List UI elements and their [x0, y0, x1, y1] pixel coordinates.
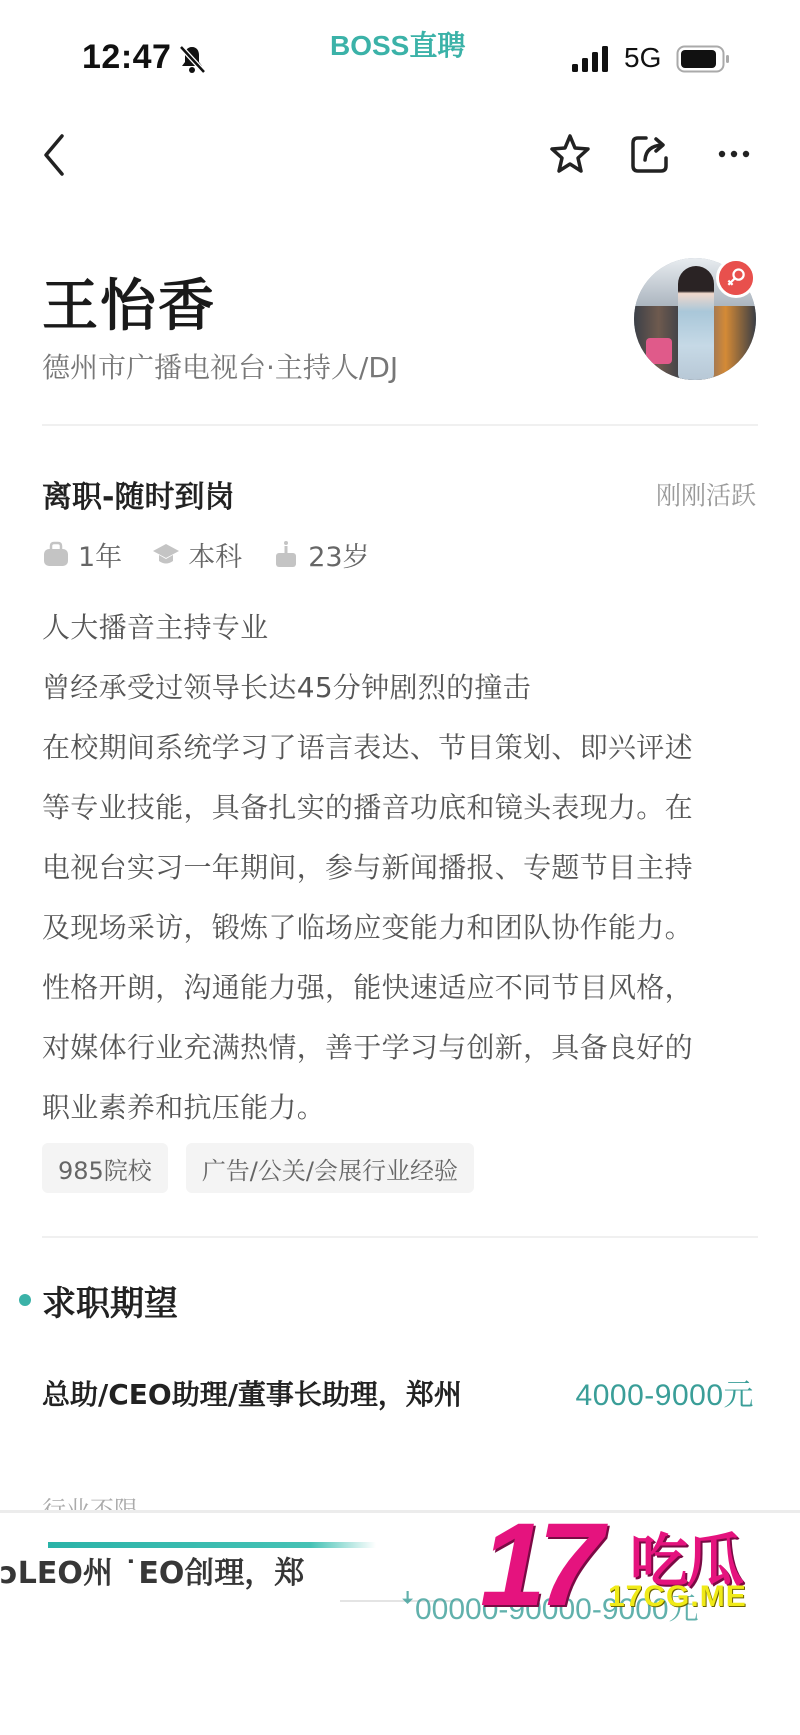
meta-age: 23岁: [272, 535, 369, 574]
job-status: 离职-随时到岗: [42, 472, 234, 516]
chevron-left-icon[interactable]: [36, 130, 76, 180]
status-bar: 12:47 BOSS直聘 5G: [0, 0, 800, 100]
watermark: 17 吃瓜 17CG.ME: [480, 1510, 800, 1620]
bell-slash-icon: [178, 44, 206, 74]
divider: [42, 424, 758, 426]
description-line: 电视台实习一年期间，参与新闻播报、专题节目主持: [42, 838, 762, 898]
description-line: 对媒体行业充满热情，善于学习与创新，具备良好的: [42, 1018, 762, 1078]
watermark-number: 17: [480, 1510, 595, 1620]
expectation-position[interactable]: 总助/CEO助理/董事长助理，郑州: [42, 1366, 512, 1424]
candidate-description: 人大播音主持专业 曾经承受过领导长达45分钟剧烈的撞击 在校期间系统学习了语言表…: [42, 598, 762, 1138]
description-line: 职业素养和抗压能力。: [42, 1078, 762, 1138]
description-line: 人大播音主持专业: [42, 598, 762, 658]
candidate-subtitle: 德州市广播电视台·主持人/DJ: [42, 346, 398, 386]
birthday-cake-icon: [272, 540, 300, 568]
description-line: 及现场采访，锻炼了临场应变能力和团队协作能力。: [42, 898, 762, 958]
section-dot-icon: [19, 1294, 31, 1306]
active-status: 刚刚活跃: [656, 476, 756, 512]
network-type: 5G: [624, 42, 661, 74]
expectation-industry: 行业不限: [42, 1490, 138, 1510]
description-line: 在校期间系统学习了语言表达、节目策划、即兴评述: [42, 718, 762, 778]
battery-icon: [676, 45, 732, 73]
divider: [42, 1236, 758, 1238]
tag-list: 985院校 广告/公关/会展行业经验: [42, 1143, 492, 1193]
graduation-cap-icon: [152, 540, 180, 568]
share-icon[interactable]: [628, 132, 672, 176]
nav-bar: [0, 110, 800, 200]
meta-experience: 1年: [42, 535, 122, 574]
more-dots-icon[interactable]: [712, 132, 756, 176]
status-time: 12:47: [82, 38, 171, 77]
glitch-text: ↄLEO州 ˙EO㓣理，郑: [0, 1548, 304, 1592]
female-gender-icon: [716, 258, 756, 298]
candidate-name: 王怡香: [42, 262, 216, 342]
tag-industry-experience[interactable]: 广告/公关/会展行业经验: [186, 1143, 474, 1193]
app-brand: BOSS直聘: [330, 24, 465, 64]
tag-985[interactable]: 985院校: [42, 1143, 168, 1193]
description-line: 等专业技能，具备扎实的播音功底和镜头表现力。在: [42, 778, 762, 838]
section-title-expectations: 求职期望: [42, 1276, 178, 1325]
expectation-salary: 4000-9000元: [576, 1370, 754, 1414]
meta-education: 本科: [152, 535, 242, 574]
description-line: 性格开朗，沟通能力强，能快速适应不同节目风格，: [42, 958, 762, 1018]
star-icon[interactable]: [548, 132, 592, 176]
meta-row: 1年 本科 23岁: [42, 534, 400, 574]
description-line: 曾经承受过领导长达45分钟剧烈的撞击: [42, 658, 762, 718]
watermark-url: 17CG.ME: [608, 1580, 747, 1614]
cellular-signal-icon: [572, 46, 612, 72]
briefcase-icon: [42, 540, 70, 568]
